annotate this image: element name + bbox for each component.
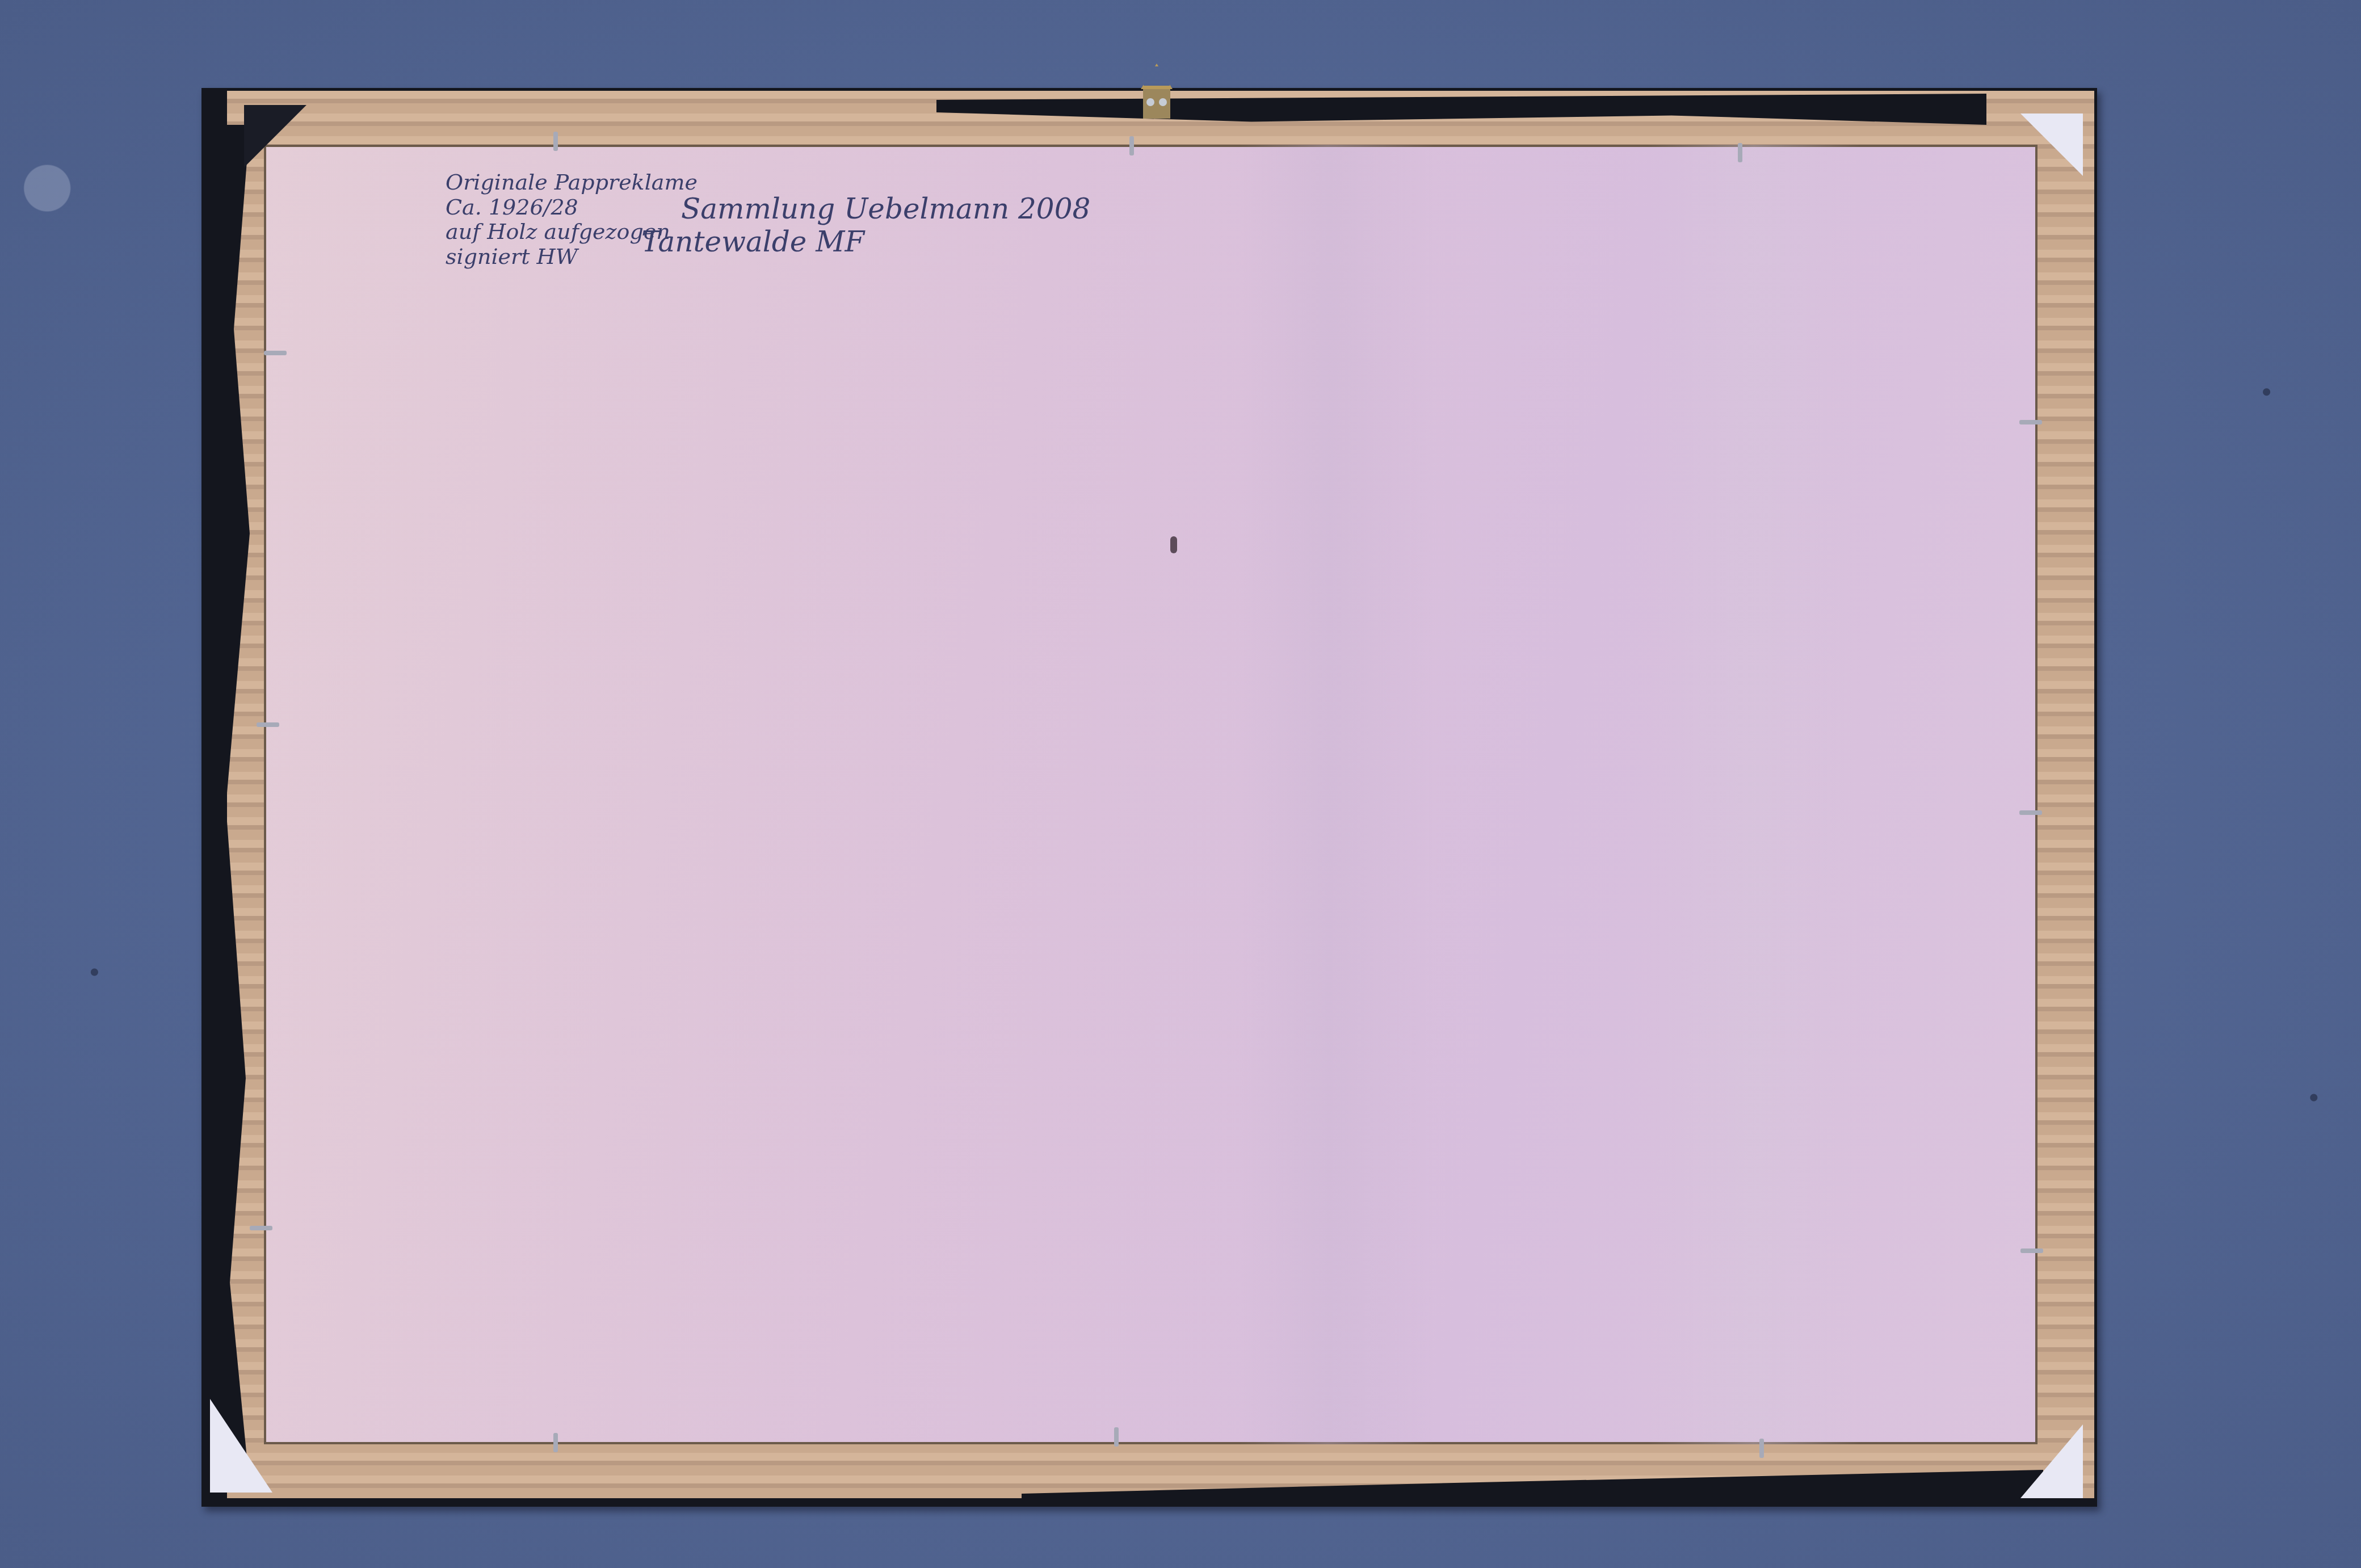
nail	[2019, 810, 2042, 815]
note-line: Originale Pappreklame	[446, 170, 698, 195]
nail	[1759, 1439, 1764, 1458]
hanger-plate	[1143, 89, 1170, 119]
nail	[1129, 136, 1134, 155]
note-line: Sammlung Uebelmann 2008	[641, 193, 1090, 226]
sawtooth-hanger	[1141, 64, 1173, 120]
note-line: Tantewalde MF	[641, 226, 1090, 259]
hanger-loop	[1141, 64, 1173, 89]
nail	[257, 722, 279, 727]
board-stain	[1170, 536, 1177, 553]
nail	[553, 132, 558, 151]
handwritten-note-collection: Sammlung Uebelmann 2008 Tantewalde MF	[641, 193, 1090, 258]
nail	[553, 1433, 558, 1452]
backing-board	[264, 145, 2037, 1444]
screw-icon	[1146, 98, 1154, 106]
nail	[2019, 420, 2042, 424]
nail	[1738, 143, 1742, 162]
screw-icon	[1159, 98, 1167, 106]
nail	[2020, 1248, 2043, 1253]
nail	[250, 1226, 272, 1230]
nail	[1114, 1427, 1119, 1447]
nail	[264, 351, 287, 355]
